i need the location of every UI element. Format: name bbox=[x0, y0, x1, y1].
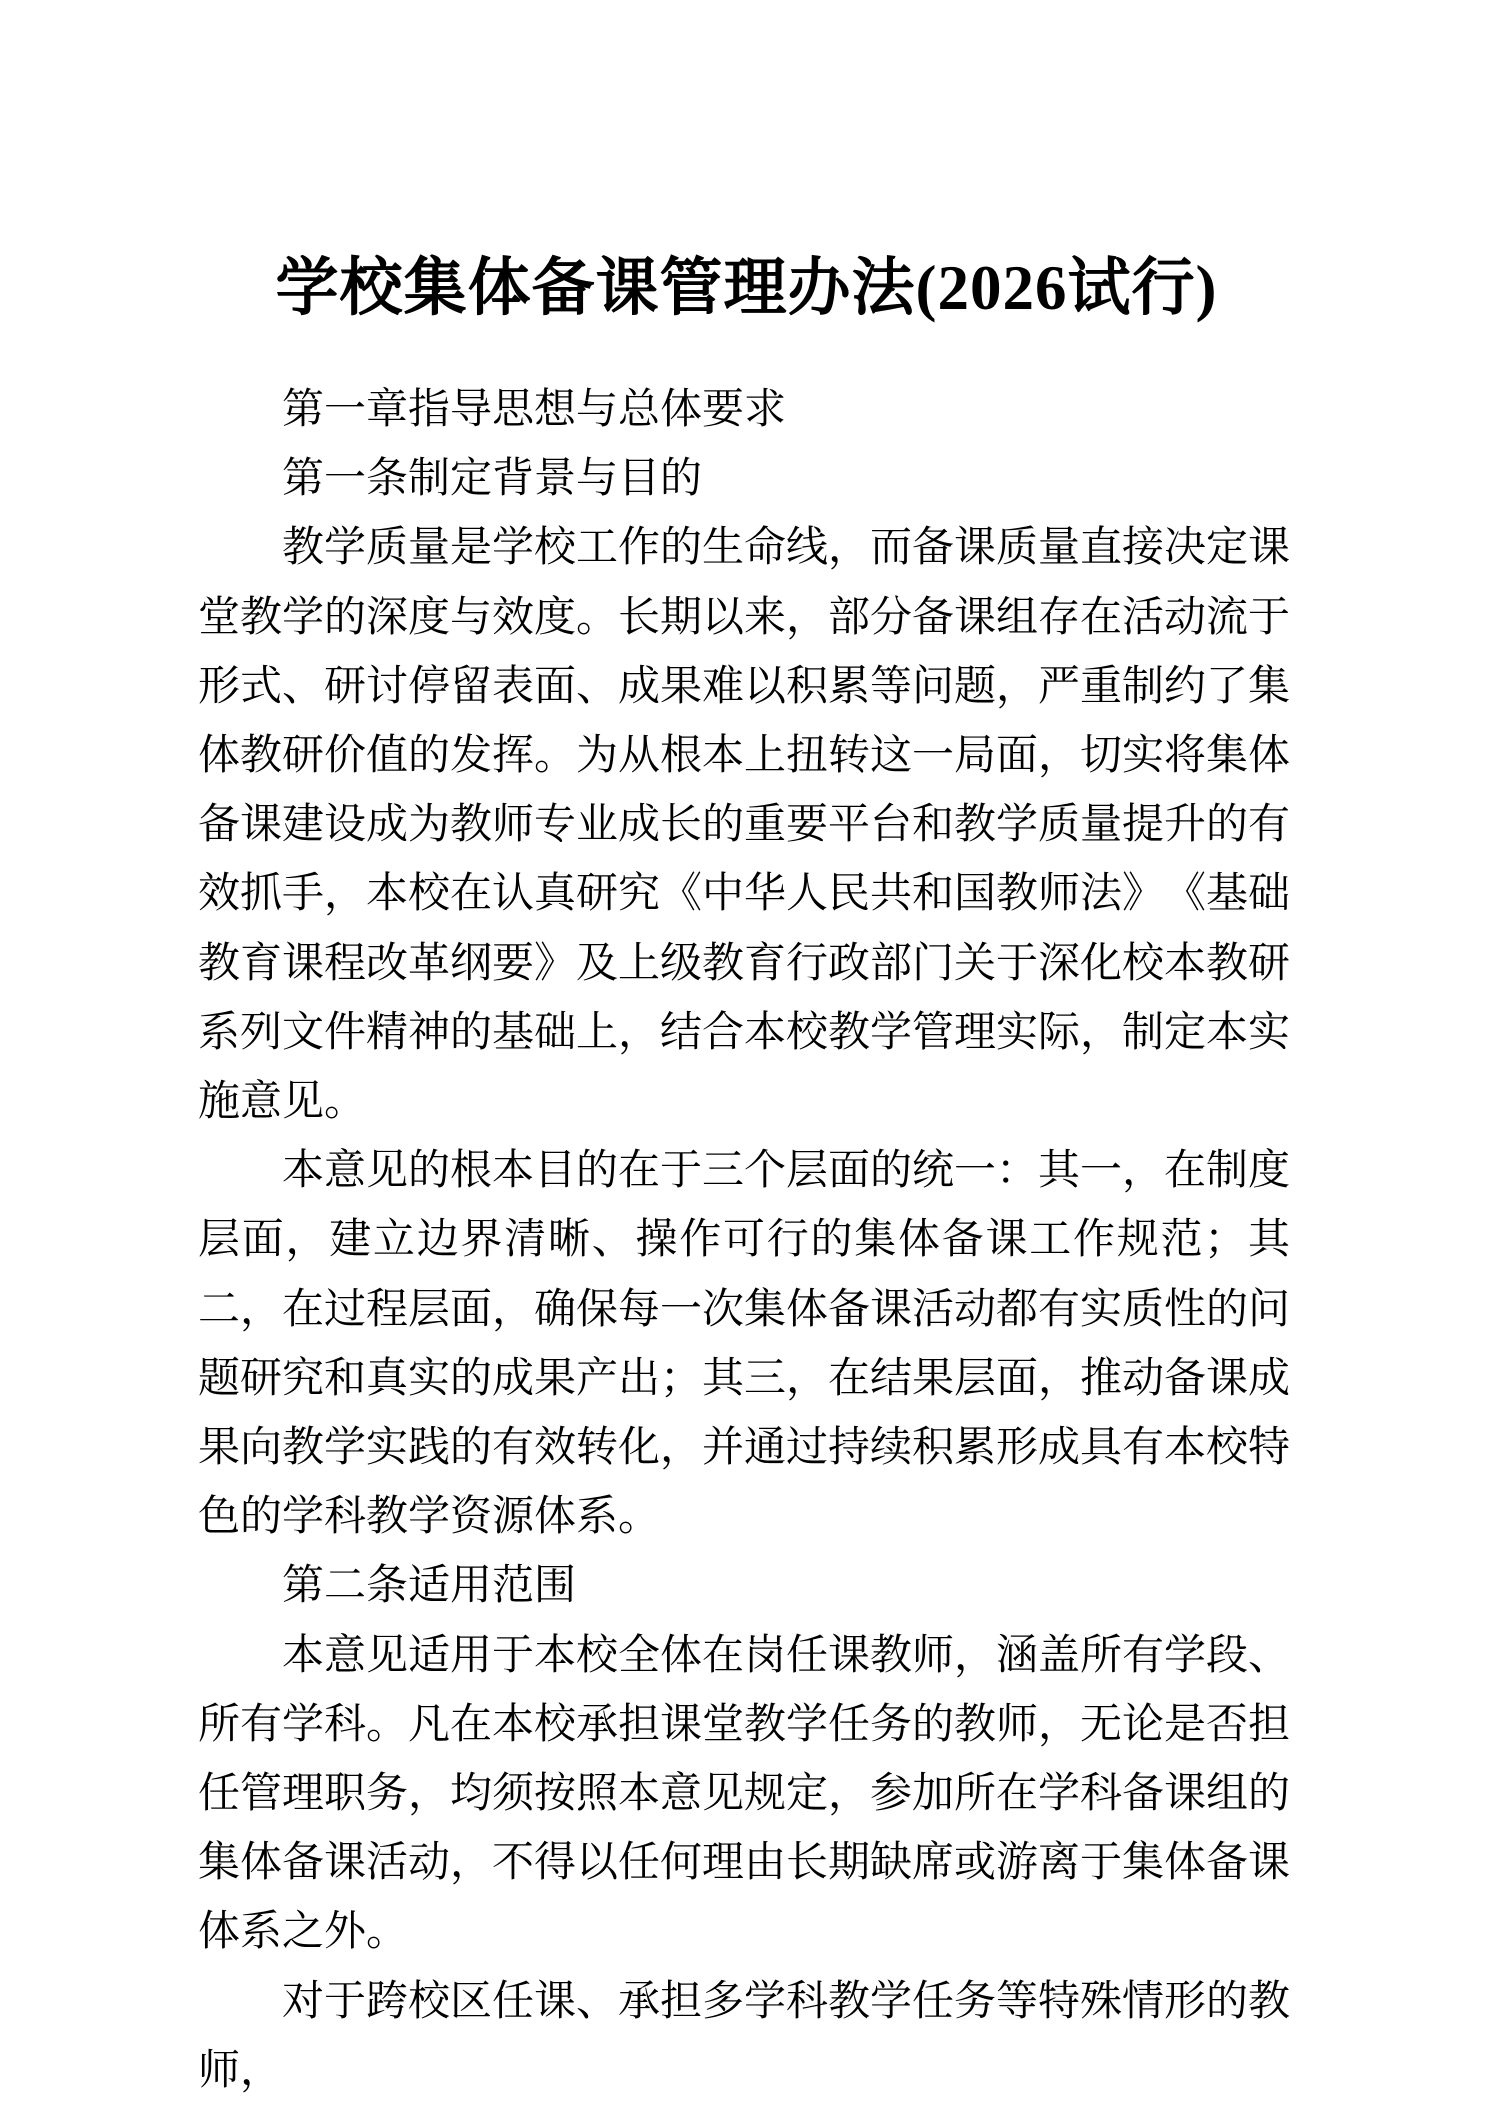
paragraph: 本意见适用于本校全体在岗任课教师，涵盖所有学段、所有学科。凡在本校承担课堂教学任… bbox=[198, 1622, 1290, 1968]
article-1-heading: 第一条制定背景与目的 bbox=[198, 445, 1290, 514]
document-body: 第一章指导思想与总体要求 第一条制定背景与目的 教学质量是学校工作的生命线，而备… bbox=[198, 376, 1290, 2106]
paragraph: 教学质量是学校工作的生命线，而备课质量直接决定课堂教学的深度与效度。长期以来，部… bbox=[198, 514, 1290, 1137]
document-title: 学校集体备课管理办法(2026试行) bbox=[0, 250, 1493, 326]
chapter-1-heading: 第一章指导思想与总体要求 bbox=[198, 376, 1290, 445]
paragraph: 对于跨校区任课、承担多学科教学任务等特殊情形的教师， bbox=[198, 1968, 1290, 2106]
paragraph: 本意见的根本目的在于三个层面的统一：其一，在制度层面，建立边界清晰、操作可行的集… bbox=[198, 1137, 1290, 1552]
article-2-heading: 第二条适用范围 bbox=[198, 1552, 1290, 1621]
document-page: 学校集体备课管理办法(2026试行) 第一章指导思想与总体要求 第一条制定背景与… bbox=[0, 0, 1493, 2112]
